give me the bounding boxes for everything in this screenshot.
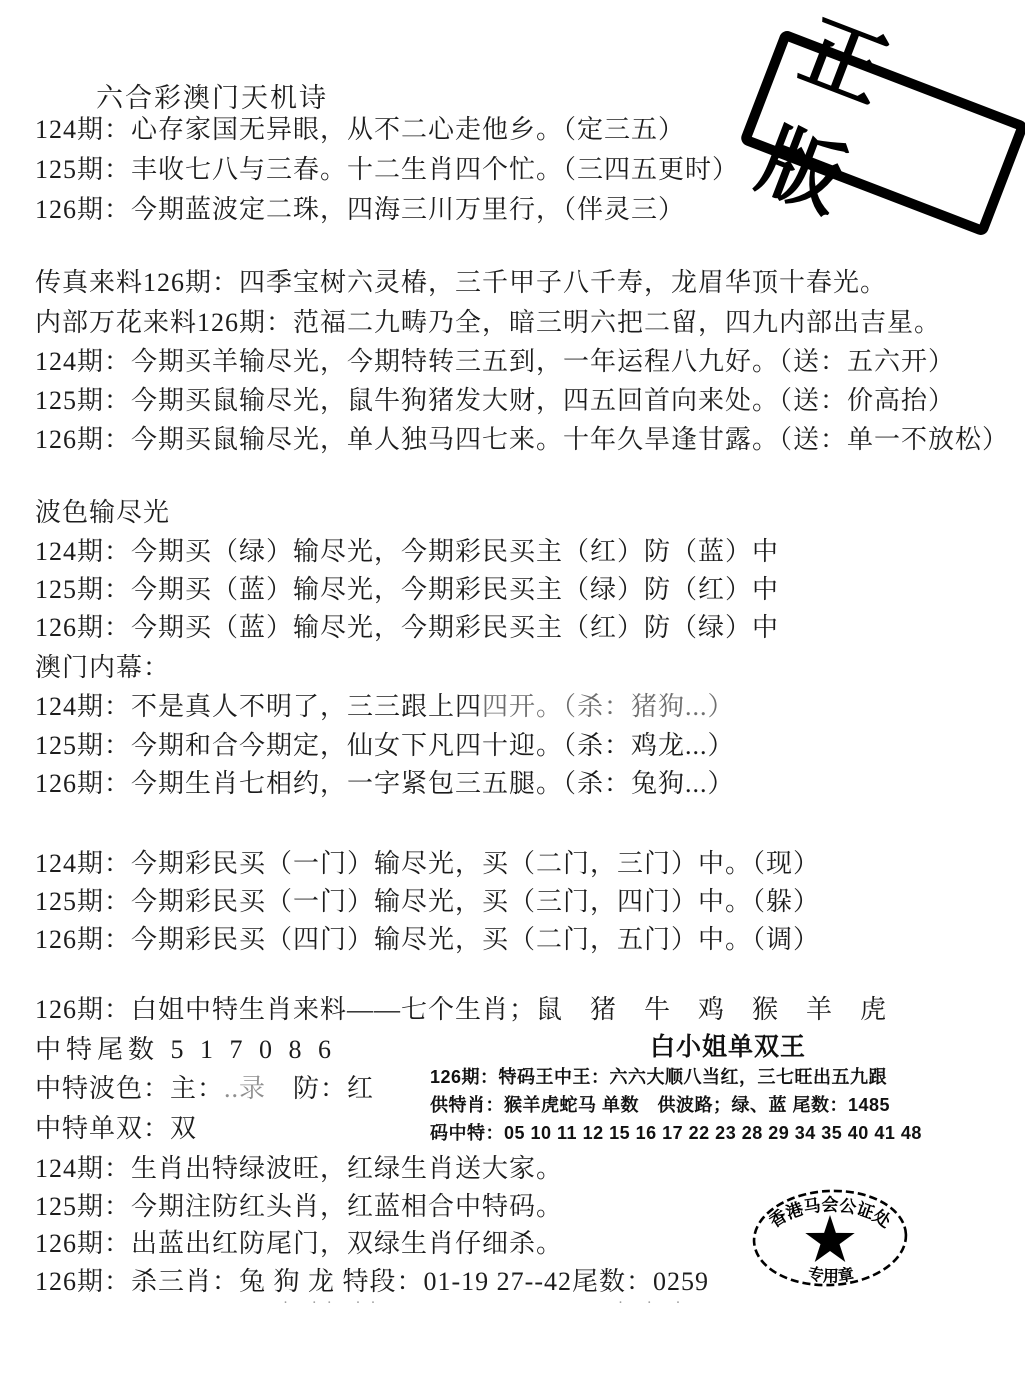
- notary-seal: 香港马会公证处 专用章: [748, 1186, 913, 1296]
- fax-line-3: 124期：今期买羊输尽光，今期特转三五到，一年运程八九好。（送：五六开）: [35, 341, 955, 378]
- poem-line-126: 126期：今期蓝波定二珠，四海三川万里行，（伴灵三）: [35, 189, 685, 226]
- baixiaojie-line-3: 码中特：05 10 11 12 15 16 17 22 23 28 29 34 …: [430, 1119, 922, 1145]
- door-line-125: 125期：今期彩民买（一门）输尽光，买（三门，四门）中。（躲）: [35, 881, 820, 918]
- baixiaojie-heading: 白小姐单双王: [650, 1027, 806, 1063]
- green-line-124: 124期：生肖出特绿波旺，红绿生肖送大家。: [35, 1148, 563, 1185]
- door-line-126: 126期：今期彩民买（四门）输尽光，买（二门，五门）中。（调）: [35, 919, 820, 956]
- seal-bottom-text-wrap: 专用章: [806, 1264, 855, 1286]
- wave-color-suffix: 防：红: [266, 1074, 374, 1103]
- wave-color-faded: ..录: [224, 1074, 266, 1103]
- macau-line-124-dark: 124期：不是真人不明了，三三跟上四: [35, 692, 482, 721]
- authenticity-stamp: 正 版: [739, 29, 1025, 238]
- fax-line-2: 内部万花来料126期：范福二九畴乃全，暗三明六把二留，四九内部出吉星。: [35, 302, 941, 339]
- door-line-124: 124期：今期彩民买（一门）输尽光，买（二门，三门）中。（现）: [35, 843, 820, 880]
- wave-line-125: 125期：今期买（蓝）输尽光，今期彩民买主（绿）防（红）中: [35, 569, 779, 606]
- scan-residue-dots-right: · · ·: [618, 1295, 691, 1312]
- wave-color-prefix: 中特波色：主：: [35, 1074, 224, 1103]
- scanned-lottery-sheet: 六合彩澳门天机诗 124期：心存家国无异眼，从不二心走他乡。（定三五） 125期…: [0, 0, 1025, 1388]
- fax-line-5: 126期：今期买鼠输尽光，单人独马四七来。十年久旱逢甘露。（送：单一不放松）: [35, 419, 1009, 456]
- scan-residue-dots-left: · ·· ··: [283, 1295, 385, 1312]
- star-icon: [805, 1215, 854, 1262]
- green-line-126: 126期：出蓝出红防尾门，双绿生肖仔细杀。: [35, 1223, 563, 1260]
- tail-number-line: 中特尾数 5 1 7 0 8 6: [35, 1029, 336, 1066]
- green-line-125: 125期：今期注防红头肖，红蓝相合中特码。: [35, 1186, 563, 1223]
- baijie-line: 126期：白姐中特生肖来料——七个生肖；鼠 猪 牛 鸡 猴 羊 虎: [35, 989, 887, 1026]
- wave-line-124: 124期：今期买（绿）输尽光，今期彩民买主（红）防（蓝）中: [35, 531, 779, 568]
- macau-line-124-faded: 四开。（杀：猪狗...）: [482, 692, 735, 721]
- wave-heading: 波色输尽光: [35, 492, 170, 529]
- baixiaojie-line-1: 126期：特码王中王：六六大顺八当红，三七旺出五九跟: [430, 1063, 887, 1089]
- fax-line-4: 125期：今期买鼠输尽光，鼠牛狗猪发大财，四五回首向来处。（送：价高抬）: [35, 380, 955, 417]
- macau-line-124: 124期：不是真人不明了，三三跟上四四开。（杀：猪狗...）: [35, 686, 735, 723]
- fax-line-1: 传真来料126期：四季宝树六灵椿，三千甲子八千寿，龙眉华顶十春光。: [35, 262, 887, 299]
- macau-line-125: 125期：今期和合今期定，仙女下凡四十迎。（杀：鸡龙...）: [35, 725, 735, 762]
- macau-line-126: 126期：今期生肖七相约，一字紧包三五腿。（杀：兔狗...）: [35, 763, 735, 800]
- baixiaojie-line-2: 供特肖：猴羊虎蛇马 单数 供波路；绿、蓝 尾数：1485: [430, 1091, 890, 1117]
- wave-color-line: 中特波色：主：..录 防：红: [35, 1068, 374, 1105]
- kill-three-line: 126期：杀三肖：兔 狗 龙 特段：01-19 27--42尾数：0259: [35, 1261, 709, 1298]
- macau-heading: 澳门内幕：: [35, 647, 170, 684]
- poem-line-125: 125期：丰收七八与三春。十二生肖四个忙。（三四五更时）: [35, 149, 739, 186]
- oddeven-line: 中特单双：双: [35, 1108, 197, 1145]
- wave-line-126: 126期：今期买（蓝）输尽光，今期彩民买主（红）防（绿）中: [35, 607, 779, 644]
- poem-line-124: 124期：心存家国无异眼，从不二心走他乡。（定三五）: [35, 109, 685, 146]
- seal-bottom-text: 专用章: [806, 1264, 855, 1286]
- authenticity-stamp-label: 正 版: [728, 0, 1025, 286]
